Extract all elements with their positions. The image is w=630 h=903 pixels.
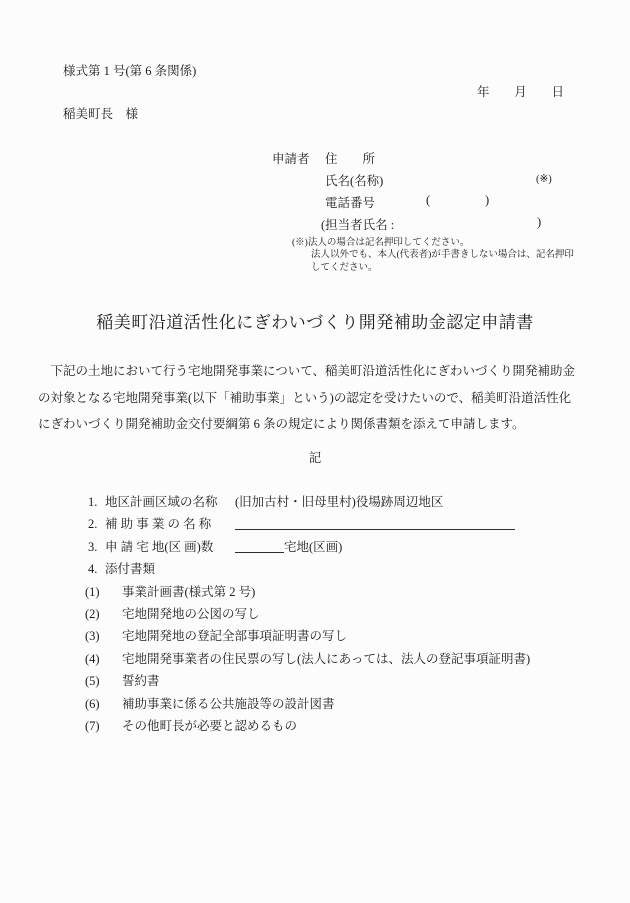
attachment-text: 宅地開発地の登記全部事項証明書の写し <box>122 626 347 644</box>
attachment-item: (1) 事業計画書(様式第 2 号) <box>85 582 255 600</box>
date-day-label: 日 <box>551 82 564 100</box>
attachment-number: (4) <box>85 652 122 667</box>
attachment-item: (2) 宅地開発地の公図の写し <box>85 604 260 622</box>
stamp-note-line-2: 法人以外でも、本人(代表者)が手書きしない場合は、記名押印 <box>292 249 574 261</box>
attachment-item: (7) その他町長が必要と認めるもの <box>85 716 297 734</box>
phone-paren-close: ) <box>485 193 489 208</box>
name-label: 氏名(名称) <box>325 171 383 189</box>
attachment-number: (5) <box>85 674 122 689</box>
address-label: 住 所 <box>325 149 375 167</box>
item-number: 1. <box>88 495 105 510</box>
date-month-label: 月 <box>514 82 527 100</box>
stamp-note: (※)法人の場合は記名押印してください。 法人以外でも、本人(代表者)が手書きし… <box>292 237 574 274</box>
unit-suffix: 宅地(区画) <box>284 537 342 555</box>
phone-paren-open: ( <box>426 193 430 208</box>
attachment-text: 事業計画書(様式第 2 号) <box>122 582 255 600</box>
blank-line-project-name <box>235 529 515 530</box>
document-title: 稲美町沿道活性化にぎわいづくり開発補助金認定申請書 <box>0 308 630 333</box>
date-line: 年 月 日 <box>477 82 564 100</box>
application-form-page: 様式第 1 号(第 6 条関係) 年 月 日 稲美町長 様 申請者 住 所 氏名… <box>0 0 630 903</box>
list-item-district-name: 1. 地区計画区域の名称 (旧加古村・旧母里村)役場跡周辺地区 <box>88 492 443 510</box>
name-note-mark: (※) <box>536 173 552 185</box>
form-number-label: 様式第 1 号(第 6 条関係) <box>63 61 196 79</box>
attachment-number: (7) <box>85 719 122 734</box>
addressee: 稲美町長 様 <box>63 104 138 122</box>
body-line: の対象となる宅地開発事業(以下「補助事業」という)の認定を受けたいので、稲美町沿… <box>38 385 592 412</box>
body-line: にぎわいづくり開発補助金交付要綱第 6 条の規定により関係書類を添えて申請します… <box>38 411 592 438</box>
blank-line-lot-count <box>235 552 284 553</box>
attachment-text: 誓約書 <box>122 671 160 689</box>
list-item-lot-count: 3. 申 請 宅 地(区 画)数 宅地(区画) <box>88 537 342 555</box>
attachment-text: 宅地開発事業者の住民票の写し(法人にあっては、法人の登記事項証明書) <box>122 649 530 667</box>
attachment-text: 宅地開発地の公図の写し <box>122 604 260 622</box>
attachment-item: (3) 宅地開発地の登記全部事項証明書の写し <box>85 626 347 644</box>
attachment-number: (6) <box>85 697 122 712</box>
date-year-label: 年 <box>477 82 490 100</box>
phone-label: 電話番号 <box>325 193 375 211</box>
applicant-label: 申請者 <box>272 149 310 167</box>
contact-person-label: (担当者氏名 : <box>321 215 394 233</box>
attachment-text: 補助事業に係る公共施設等の設計図書 <box>122 694 335 712</box>
body-line: 下記の土地において行う宅地開発事業について、稲美町沿道活性化にぎわいづくり開発補… <box>38 358 592 385</box>
body-paragraph: 下記の土地において行う宅地開発事業について、稲美町沿道活性化にぎわいづくり開発補… <box>38 358 592 438</box>
item-number: 4. <box>88 562 105 577</box>
item-label: 補 助 事 業 の 名 称 <box>105 514 235 532</box>
item-value: (旧加古村・旧母里村)役場跡周辺地区 <box>235 492 443 510</box>
attachment-number: (2) <box>85 607 122 622</box>
list-item-attachments-heading: 4. 添付書類 <box>88 559 155 577</box>
item-number: 2. <box>88 517 105 532</box>
attachment-item: (4) 宅地開発事業者の住民票の写し(法人にあっては、法人の登記事項証明書) <box>85 649 530 667</box>
record-heading: 記 <box>0 448 630 466</box>
attachment-item: (6) 補助事業に係る公共施設等の設計図書 <box>85 694 335 712</box>
attachment-number: (1) <box>85 585 122 600</box>
contact-paren-close: ) <box>537 215 541 230</box>
attachment-text: その他町長が必要と認めるもの <box>122 716 297 734</box>
list-item-project-name: 2. 補 助 事 業 の 名 称 <box>88 514 515 532</box>
stamp-note-line-3: してください。 <box>292 262 574 274</box>
attachment-number: (3) <box>85 629 122 644</box>
stamp-note-line-1: (※)法人の場合は記名押印してください。 <box>292 237 574 249</box>
item-label: 申 請 宅 地(区 画)数 <box>105 537 235 555</box>
item-number: 3. <box>88 540 105 555</box>
attachment-item: (5) 誓約書 <box>85 671 160 689</box>
item-label: 添付書類 <box>105 559 155 577</box>
item-label: 地区計画区域の名称 <box>105 492 235 510</box>
